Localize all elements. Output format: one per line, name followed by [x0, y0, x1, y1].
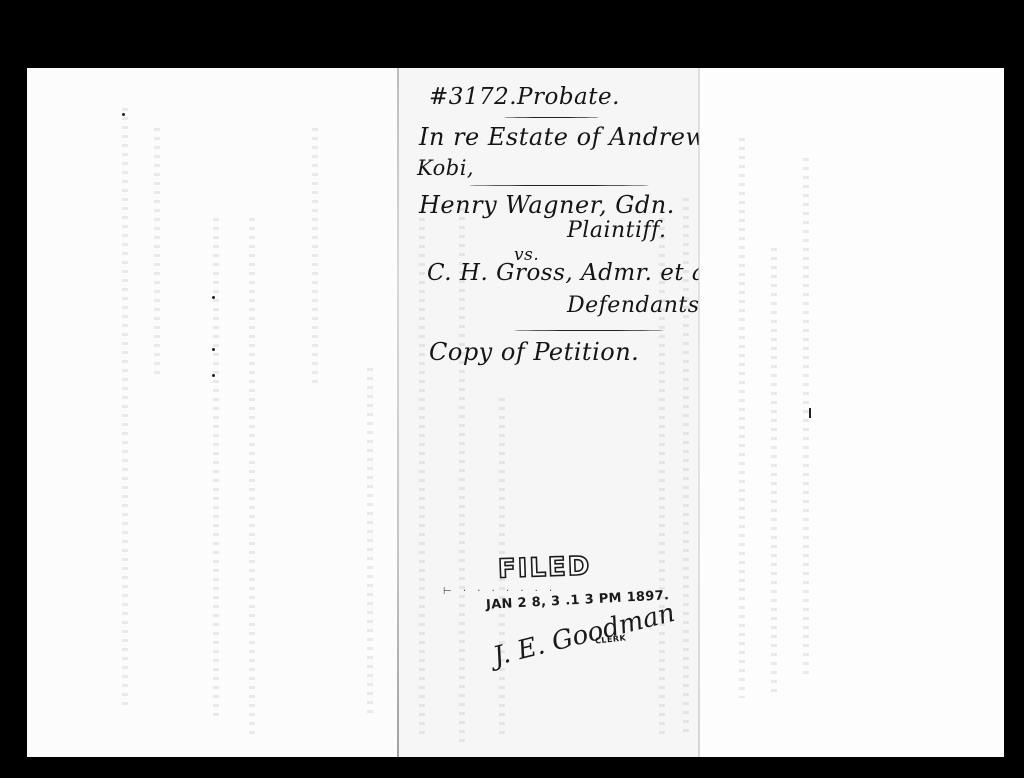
left-panel	[27, 68, 399, 757]
fold-crease	[698, 68, 700, 757]
bleed-through-text	[803, 158, 809, 678]
document-viewer: #3172. Probate. In re Estate of Andrew K…	[0, 0, 1024, 778]
right-panel	[699, 68, 1004, 757]
ink-speck	[212, 348, 215, 351]
ink-speck	[809, 408, 811, 418]
bleed-through-text	[771, 248, 777, 698]
fold-crease	[397, 68, 399, 757]
bleed-through-text	[122, 108, 128, 708]
filed-stamp: ⊢ · · · · · · · FILED JAN 2 8, 3 .1 3 PM…	[399, 68, 699, 757]
bleed-through-text	[739, 138, 745, 698]
bleed-through-text	[367, 368, 373, 718]
bleed-through-text	[249, 218, 255, 738]
ink-speck	[212, 296, 215, 299]
ink-speck	[212, 374, 215, 377]
bleed-through-text	[312, 128, 318, 388]
ink-speck	[122, 113, 125, 116]
bleed-through-text	[213, 218, 219, 718]
scanned-page: #3172. Probate. In re Estate of Andrew K…	[27, 68, 1004, 757]
clerk-role-label: CLERK	[595, 633, 627, 645]
stamp-filed-label: FILED	[498, 551, 592, 584]
docket-panel: #3172. Probate. In re Estate of Andrew K…	[399, 68, 699, 757]
bleed-through-text	[154, 128, 160, 378]
